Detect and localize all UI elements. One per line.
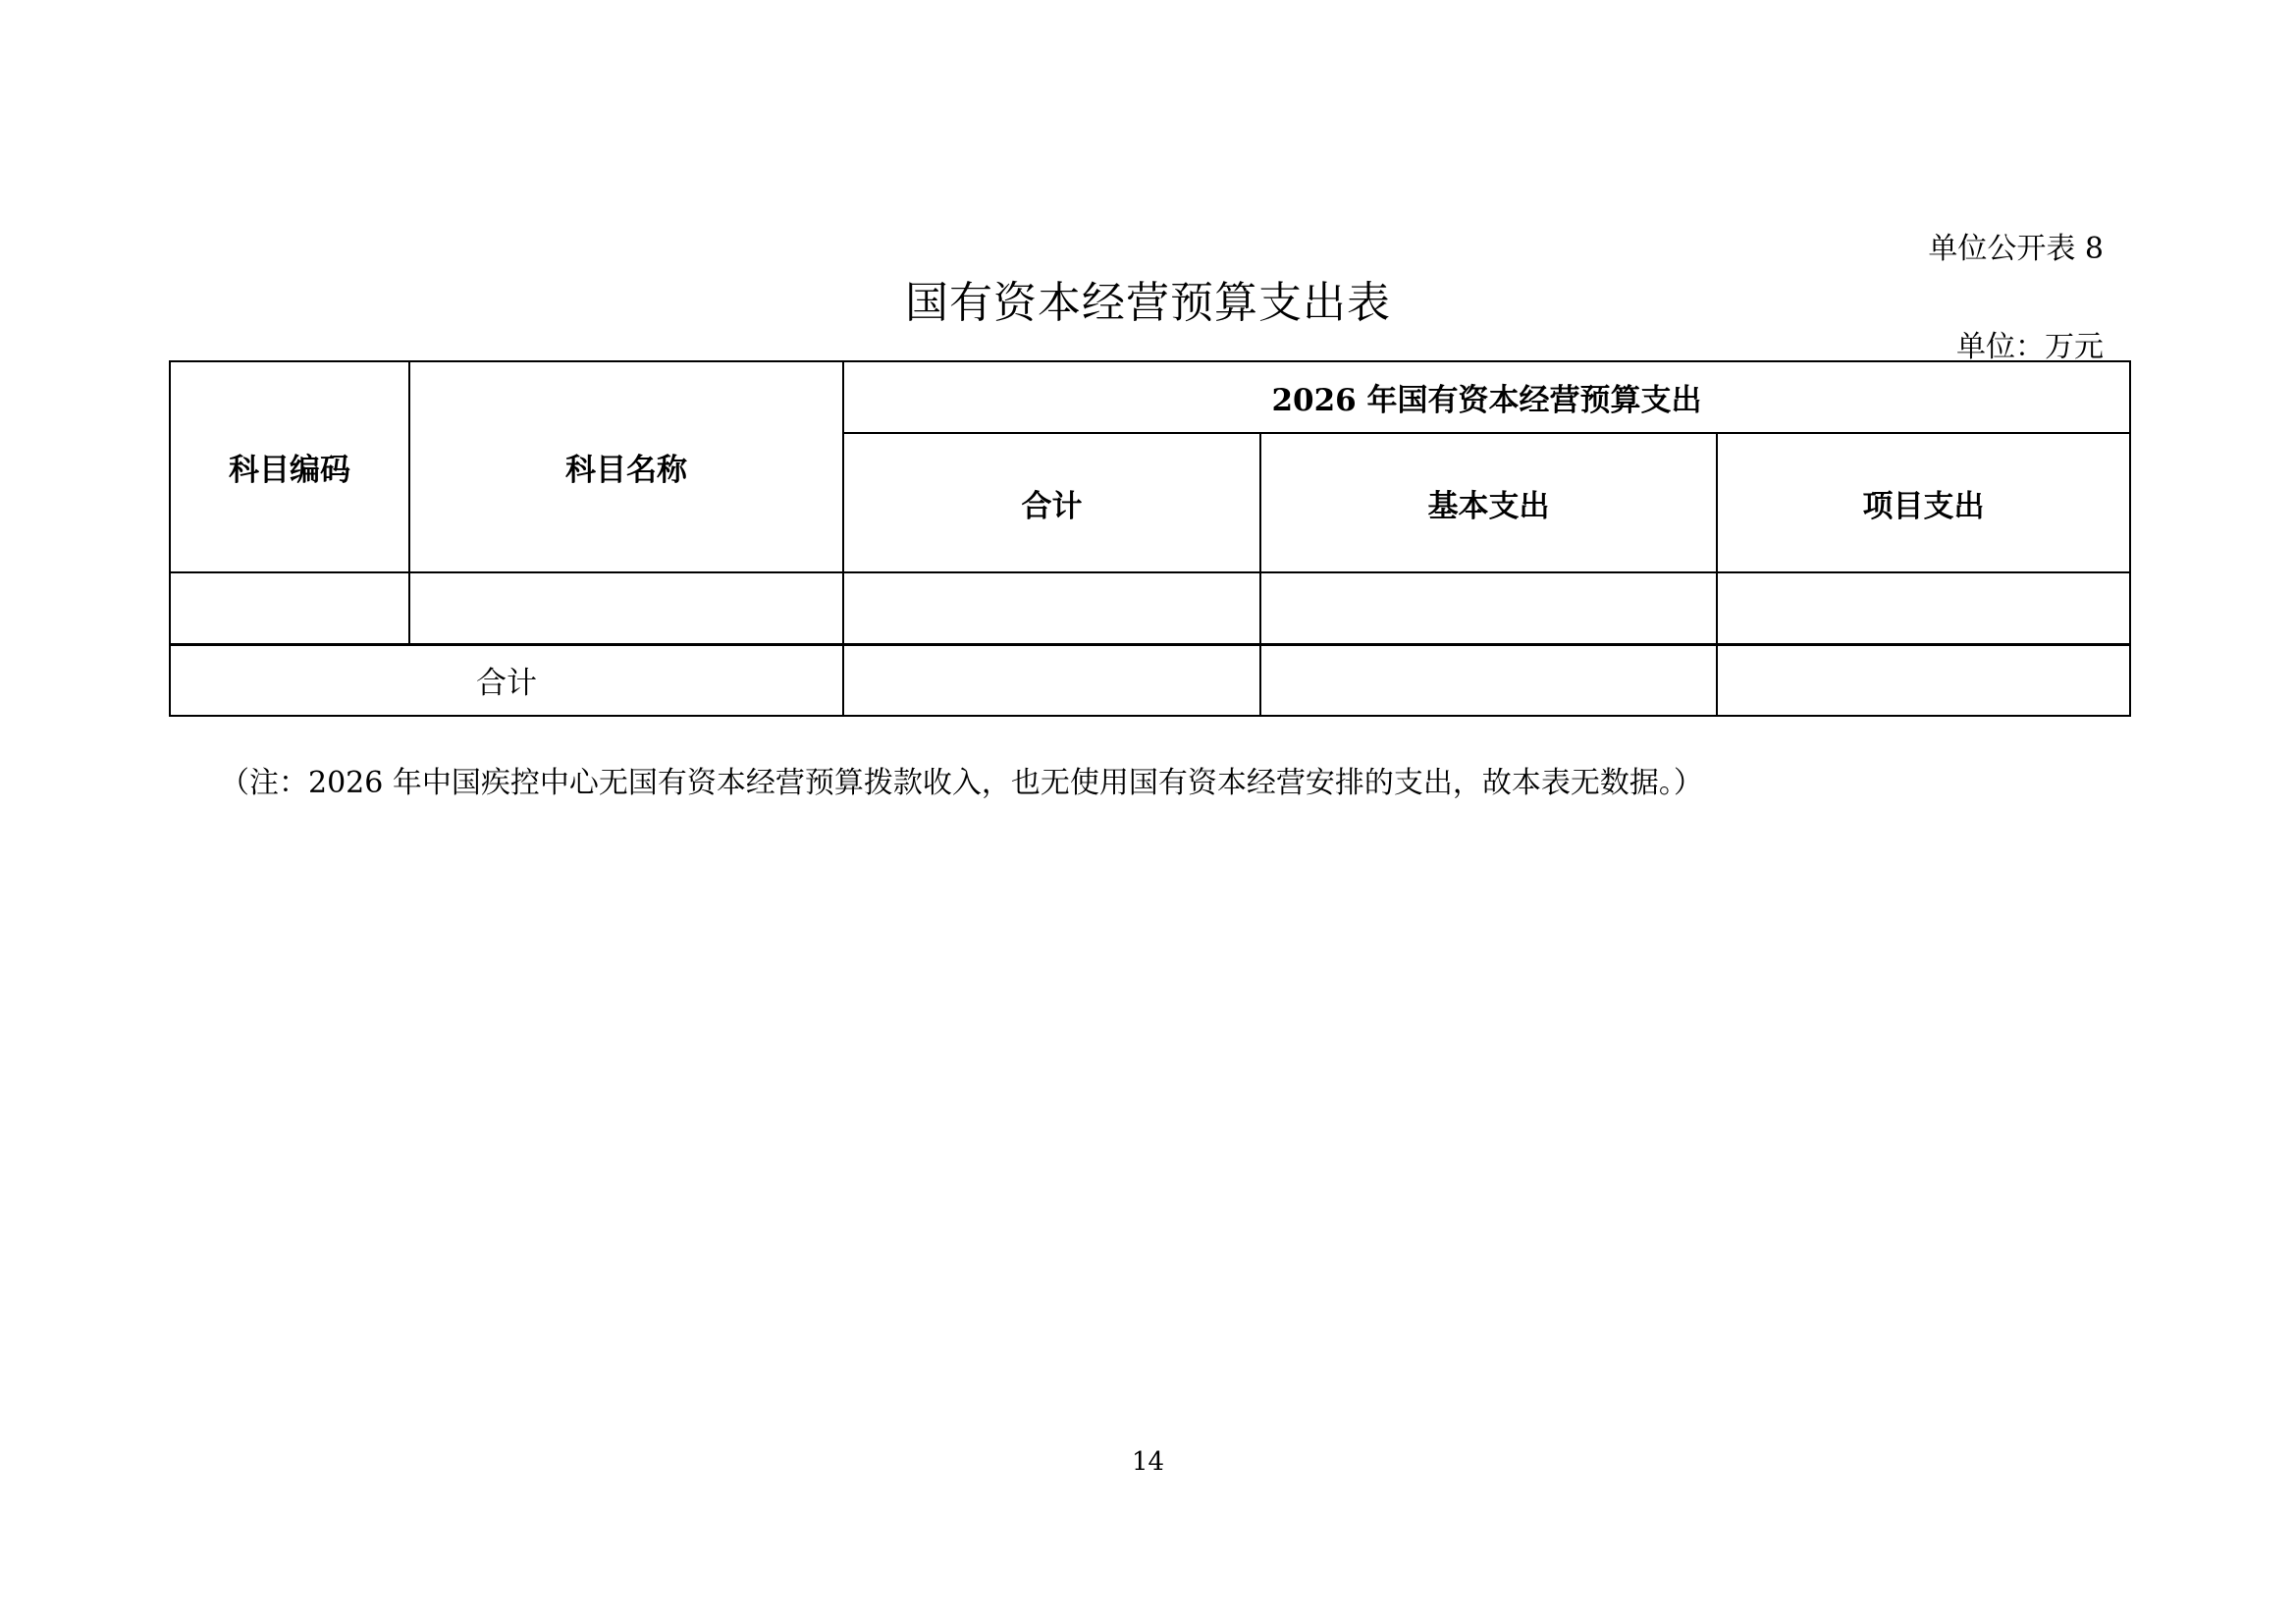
header-code: 科目编码 — [170, 361, 409, 572]
total-label: 合计 — [170, 644, 843, 716]
unit-label: 单位：万元 — [1956, 322, 2104, 365]
cell-basic — [1260, 572, 1717, 644]
header-name: 科目名称 — [409, 361, 843, 572]
header-row-1: 科目编码 科目名称 2026 年国有资本经营预算支出 — [170, 361, 2130, 433]
cell-code — [170, 572, 409, 644]
budget-table: 科目编码 科目名称 2026 年国有资本经营预算支出 合计 基本支出 项目支出 … — [169, 360, 2131, 717]
page-title: 国有资本经营预算支出表 — [0, 267, 2296, 330]
header-group-2026-expenditure: 2026 年国有资本经营预算支出 — [843, 361, 2130, 433]
total-cell-project — [1717, 644, 2130, 716]
header-total: 合计 — [843, 433, 1260, 572]
cell-name — [409, 572, 843, 644]
header-project-expenditure: 项目支出 — [1717, 433, 2130, 572]
form-number: 单位公开表 8 — [1928, 224, 2104, 267]
cell-total — [843, 572, 1260, 644]
total-cell-total — [843, 644, 1260, 716]
header-basic-expenditure: 基本支出 — [1260, 433, 1717, 572]
page-number: 14 — [0, 1447, 2296, 1477]
table-row — [170, 572, 2130, 644]
total-row: 合计 — [170, 644, 2130, 716]
cell-project — [1717, 572, 2130, 644]
total-cell-basic — [1260, 644, 1717, 716]
footnote: （注：2026 年中国疾控中心无国有资本经营预算拨款收入，也无使用国有资本经营安… — [220, 758, 1703, 801]
